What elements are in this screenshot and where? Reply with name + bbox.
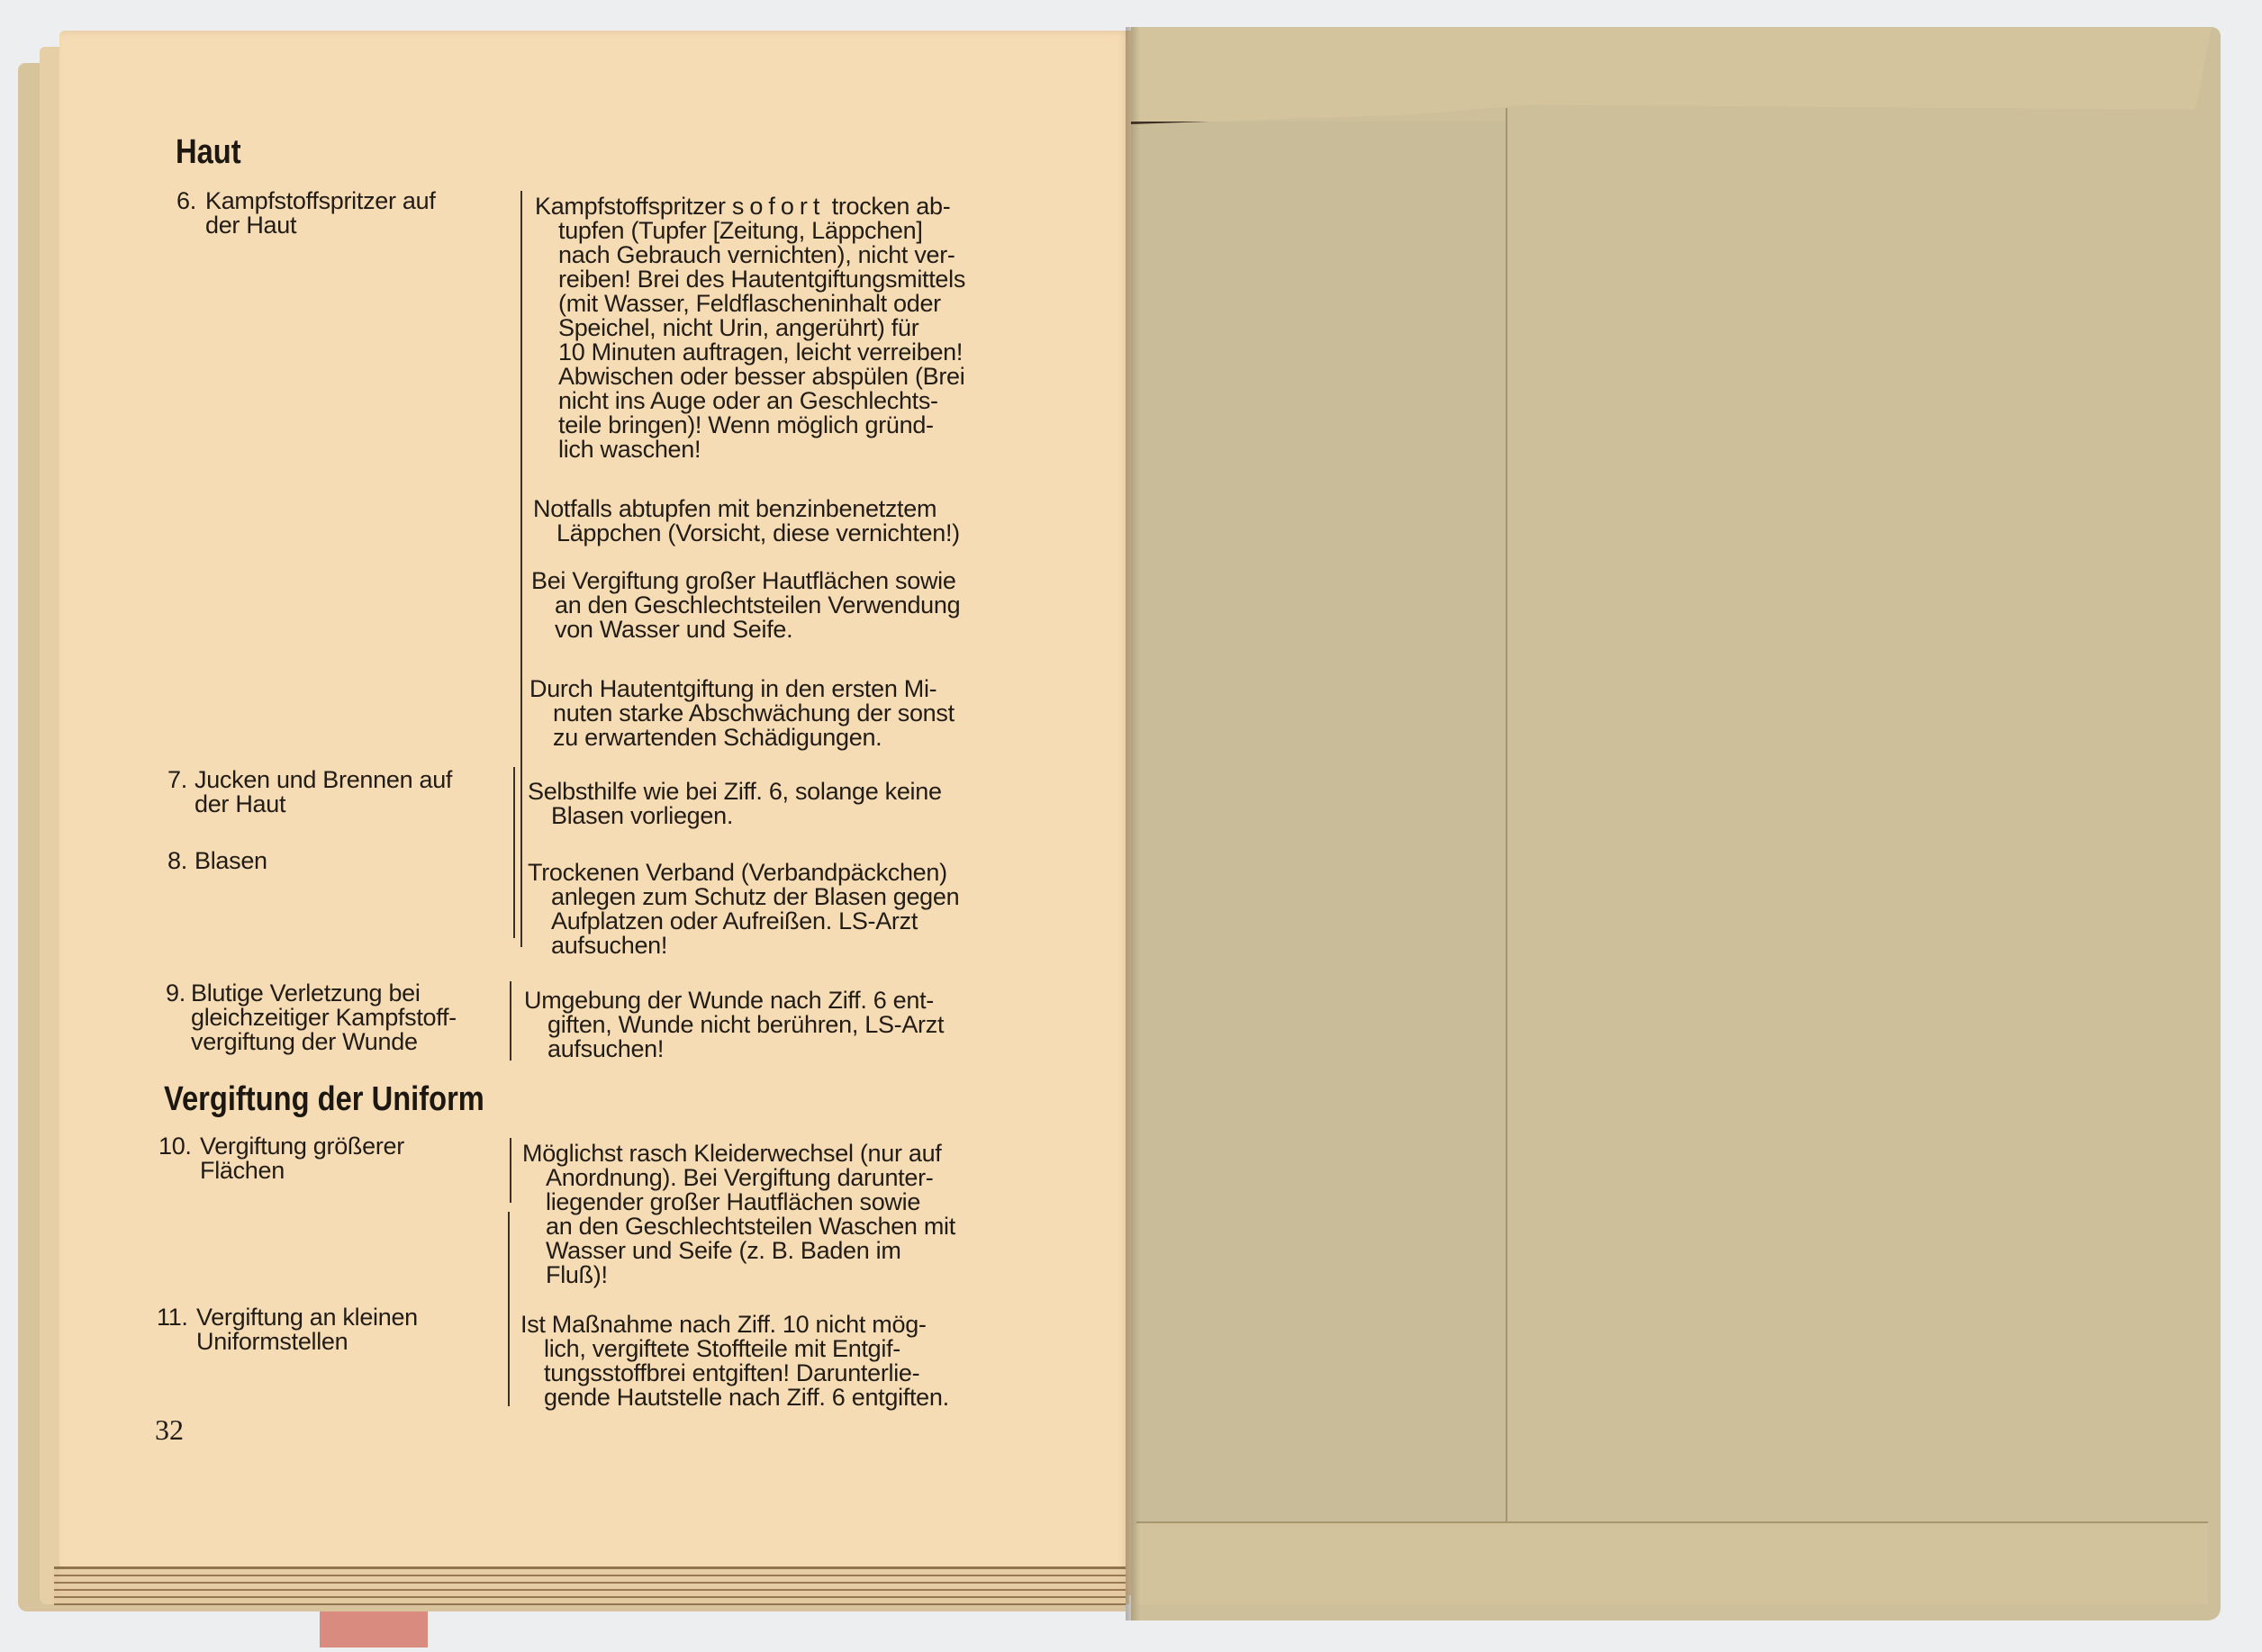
item-description: Durch Hautentgiftung in den ersten Mi- n…: [529, 677, 1043, 750]
desc-line: Wasser und Seife (z. B. Baden im: [522, 1239, 1036, 1263]
section-heading-haut: Haut: [176, 133, 241, 172]
page-edges-bottom: [54, 1566, 1126, 1605]
desc-line: 10 Minuten auftragen, leicht verreiben!: [558, 340, 1048, 365]
desc-line: Möglichst rasch Kleiderwechsel (nur auf: [522, 1142, 1036, 1166]
desc-line: Bei Vergiftung großer Hautflächen sowie: [531, 569, 1045, 593]
desc-line: reiben! Brei des Hautentgiftungsmittels: [558, 267, 1048, 292]
desc-line: Blasen vorliegen.: [528, 804, 1041, 828]
item-label: Kampfstoffspritzer auf der Haut: [205, 189, 511, 238]
item-label-line: Blutige Verletzung bei: [191, 981, 502, 1006]
item-number: 6.: [176, 189, 196, 213]
cover-pocket-panel: [1136, 122, 1506, 1553]
desc-line: lich waschen!: [558, 438, 1048, 462]
desc-line: nuten starke Abschwächung der sonst: [529, 701, 1043, 726]
desc-line: aufsuchen!: [524, 1037, 1037, 1061]
spine-shadow: [1126, 27, 1140, 1620]
item-label-line: gleichzeitiger Kampfstoff-: [191, 1006, 502, 1030]
desc-line: Ist Maßnahme nach Ziff. 10 nicht mög-: [520, 1313, 1034, 1337]
column-divider: [508, 1212, 510, 1406]
item-label: Vergiftung größerer Flächen: [200, 1134, 497, 1183]
desc-line: Anordnung). Bei Vergiftung darunter-: [522, 1166, 1036, 1190]
item-label-line: Vergiftung größerer: [200, 1134, 497, 1159]
item-label-line: Jucken und Brennen auf: [195, 768, 510, 792]
column-divider: [510, 981, 511, 1061]
desc-line: tungsstoffbrei entgiften! Darunterlie-: [520, 1361, 1034, 1386]
item-label: Vergiftung an kleinen Uniformstellen: [196, 1305, 493, 1354]
item-label-line: vergiftung der Wunde: [191, 1030, 502, 1054]
desc-line: Trockenen Verband (Verbandpäckchen): [528, 861, 1041, 885]
desc-line: aufsuchen!: [528, 934, 1041, 958]
desc-line: trocken ab-: [832, 193, 951, 220]
desc-line: Umgebung der Wunde nach Ziff. 6 ent-: [524, 988, 1037, 1013]
desc-line: an den Geschlechtsteilen Waschen mit: [522, 1214, 1036, 1239]
item-description: Selbsthilfe wie bei Ziff. 6, solange kei…: [528, 780, 1041, 828]
desc-line: anlegen zum Schutz der Blasen gegen: [528, 885, 1041, 909]
emphasis-word: sofort: [732, 193, 826, 220]
desc-line: Fluß)!: [522, 1263, 1036, 1287]
item-label: Blasen: [195, 849, 267, 873]
item-label-line: der Haut: [205, 213, 511, 238]
item-number: 9.: [166, 981, 185, 1006]
item-number: 11.: [157, 1305, 188, 1330]
desc-line: Abwischen oder besser abspülen (Brei: [558, 365, 1048, 389]
desc-line: nach Gebrauch vernichten), nicht ver-: [558, 243, 1048, 267]
item-label-line: Kampfstoffspritzer auf: [205, 189, 436, 213]
item-label-line: Vergiftung an kleinen: [196, 1305, 493, 1330]
desc-line: von Wasser und Seife.: [531, 618, 1045, 642]
desc-line: Aufplatzen oder Aufreißen. LS-Arzt: [528, 909, 1041, 934]
desc-line: nicht ins Auge oder an Geschlechts-: [558, 389, 1048, 413]
item-number: 7.: [167, 768, 187, 792]
desc-line: tupfen (Tupfer [Zeitung, Läppchen]: [558, 219, 1048, 243]
desc-line: Notfalls abtupfen mit benzinbenetztem: [533, 497, 1046, 521]
desc-line: Läppchen (Vorsicht, diese vernichten!): [533, 521, 1046, 546]
desc-line: Selbsthilfe wie bei Ziff. 6, solange kei…: [528, 780, 1041, 804]
column-divider: [520, 191, 522, 947]
item-number: 8.: [167, 849, 187, 873]
cover-flap-bottom: [1136, 1521, 2208, 1604]
desc-line: Kampfstoffspritzer: [535, 193, 726, 220]
desc-line: Durch Hautentgiftung in den ersten Mi-: [529, 677, 1043, 701]
item-label: Blutige Verletzung bei gleichzeitiger Ka…: [191, 981, 502, 1054]
desc-line: liegender großer Hautflächen sowie: [522, 1190, 1036, 1214]
desc-line: giften, Wunde nicht berühren, LS-Arzt: [524, 1013, 1037, 1037]
item-description: Notfalls abtupfen mit benzinbenetztem Lä…: [533, 497, 1046, 546]
desc-line: teile bringen)! Wenn möglich gründ-: [558, 413, 1048, 438]
item-description: Trockenen Verband (Verbandpäckchen) anle…: [528, 861, 1041, 958]
desc-line: gende Hautstelle nach Ziff. 6 entgiften.: [520, 1386, 1034, 1410]
column-divider: [510, 1138, 511, 1203]
desc-line: (mit Wasser, Feldflascheninhalt oder: [558, 292, 1048, 316]
page-number: 32: [155, 1413, 184, 1447]
desc-line: Speichel, nicht Urin, angerührt) für: [558, 316, 1048, 340]
desc-line: zu erwartenden Schädigungen.: [529, 726, 1043, 750]
item-number: 10.: [158, 1134, 192, 1159]
item-description: Möglichst rasch Kleiderwechsel (nur auf …: [522, 1142, 1036, 1287]
item-description: Bei Vergiftung großer Hautflächen sowie …: [531, 569, 1045, 642]
item-label: Jucken und Brennen auf der Haut: [195, 768, 510, 817]
item-label-line: Flächen: [200, 1159, 497, 1183]
cover-fold-line: [1506, 108, 1507, 1593]
section-heading-uniform: Vergiftung der Uniform: [164, 1080, 484, 1119]
item-description: Ist Maßnahme nach Ziff. 10 nicht mög- li…: [520, 1313, 1034, 1410]
column-divider: [513, 767, 515, 938]
item-description: Umgebung der Wunde nach Ziff. 6 ent- gif…: [524, 988, 1037, 1061]
item-label-line: der Haut: [195, 792, 510, 817]
desc-line: an den Geschlechtsteilen Verwendung: [531, 593, 1045, 618]
red-bookmark-tab: [320, 1611, 428, 1647]
item-label-line: Uniformstellen: [196, 1330, 493, 1354]
desc-line: lich, vergiftete Stoffteile mit Entgif-: [520, 1337, 1034, 1361]
item-description: Kampfstoffspritzer sofort trocken ab- tu…: [535, 194, 1048, 462]
